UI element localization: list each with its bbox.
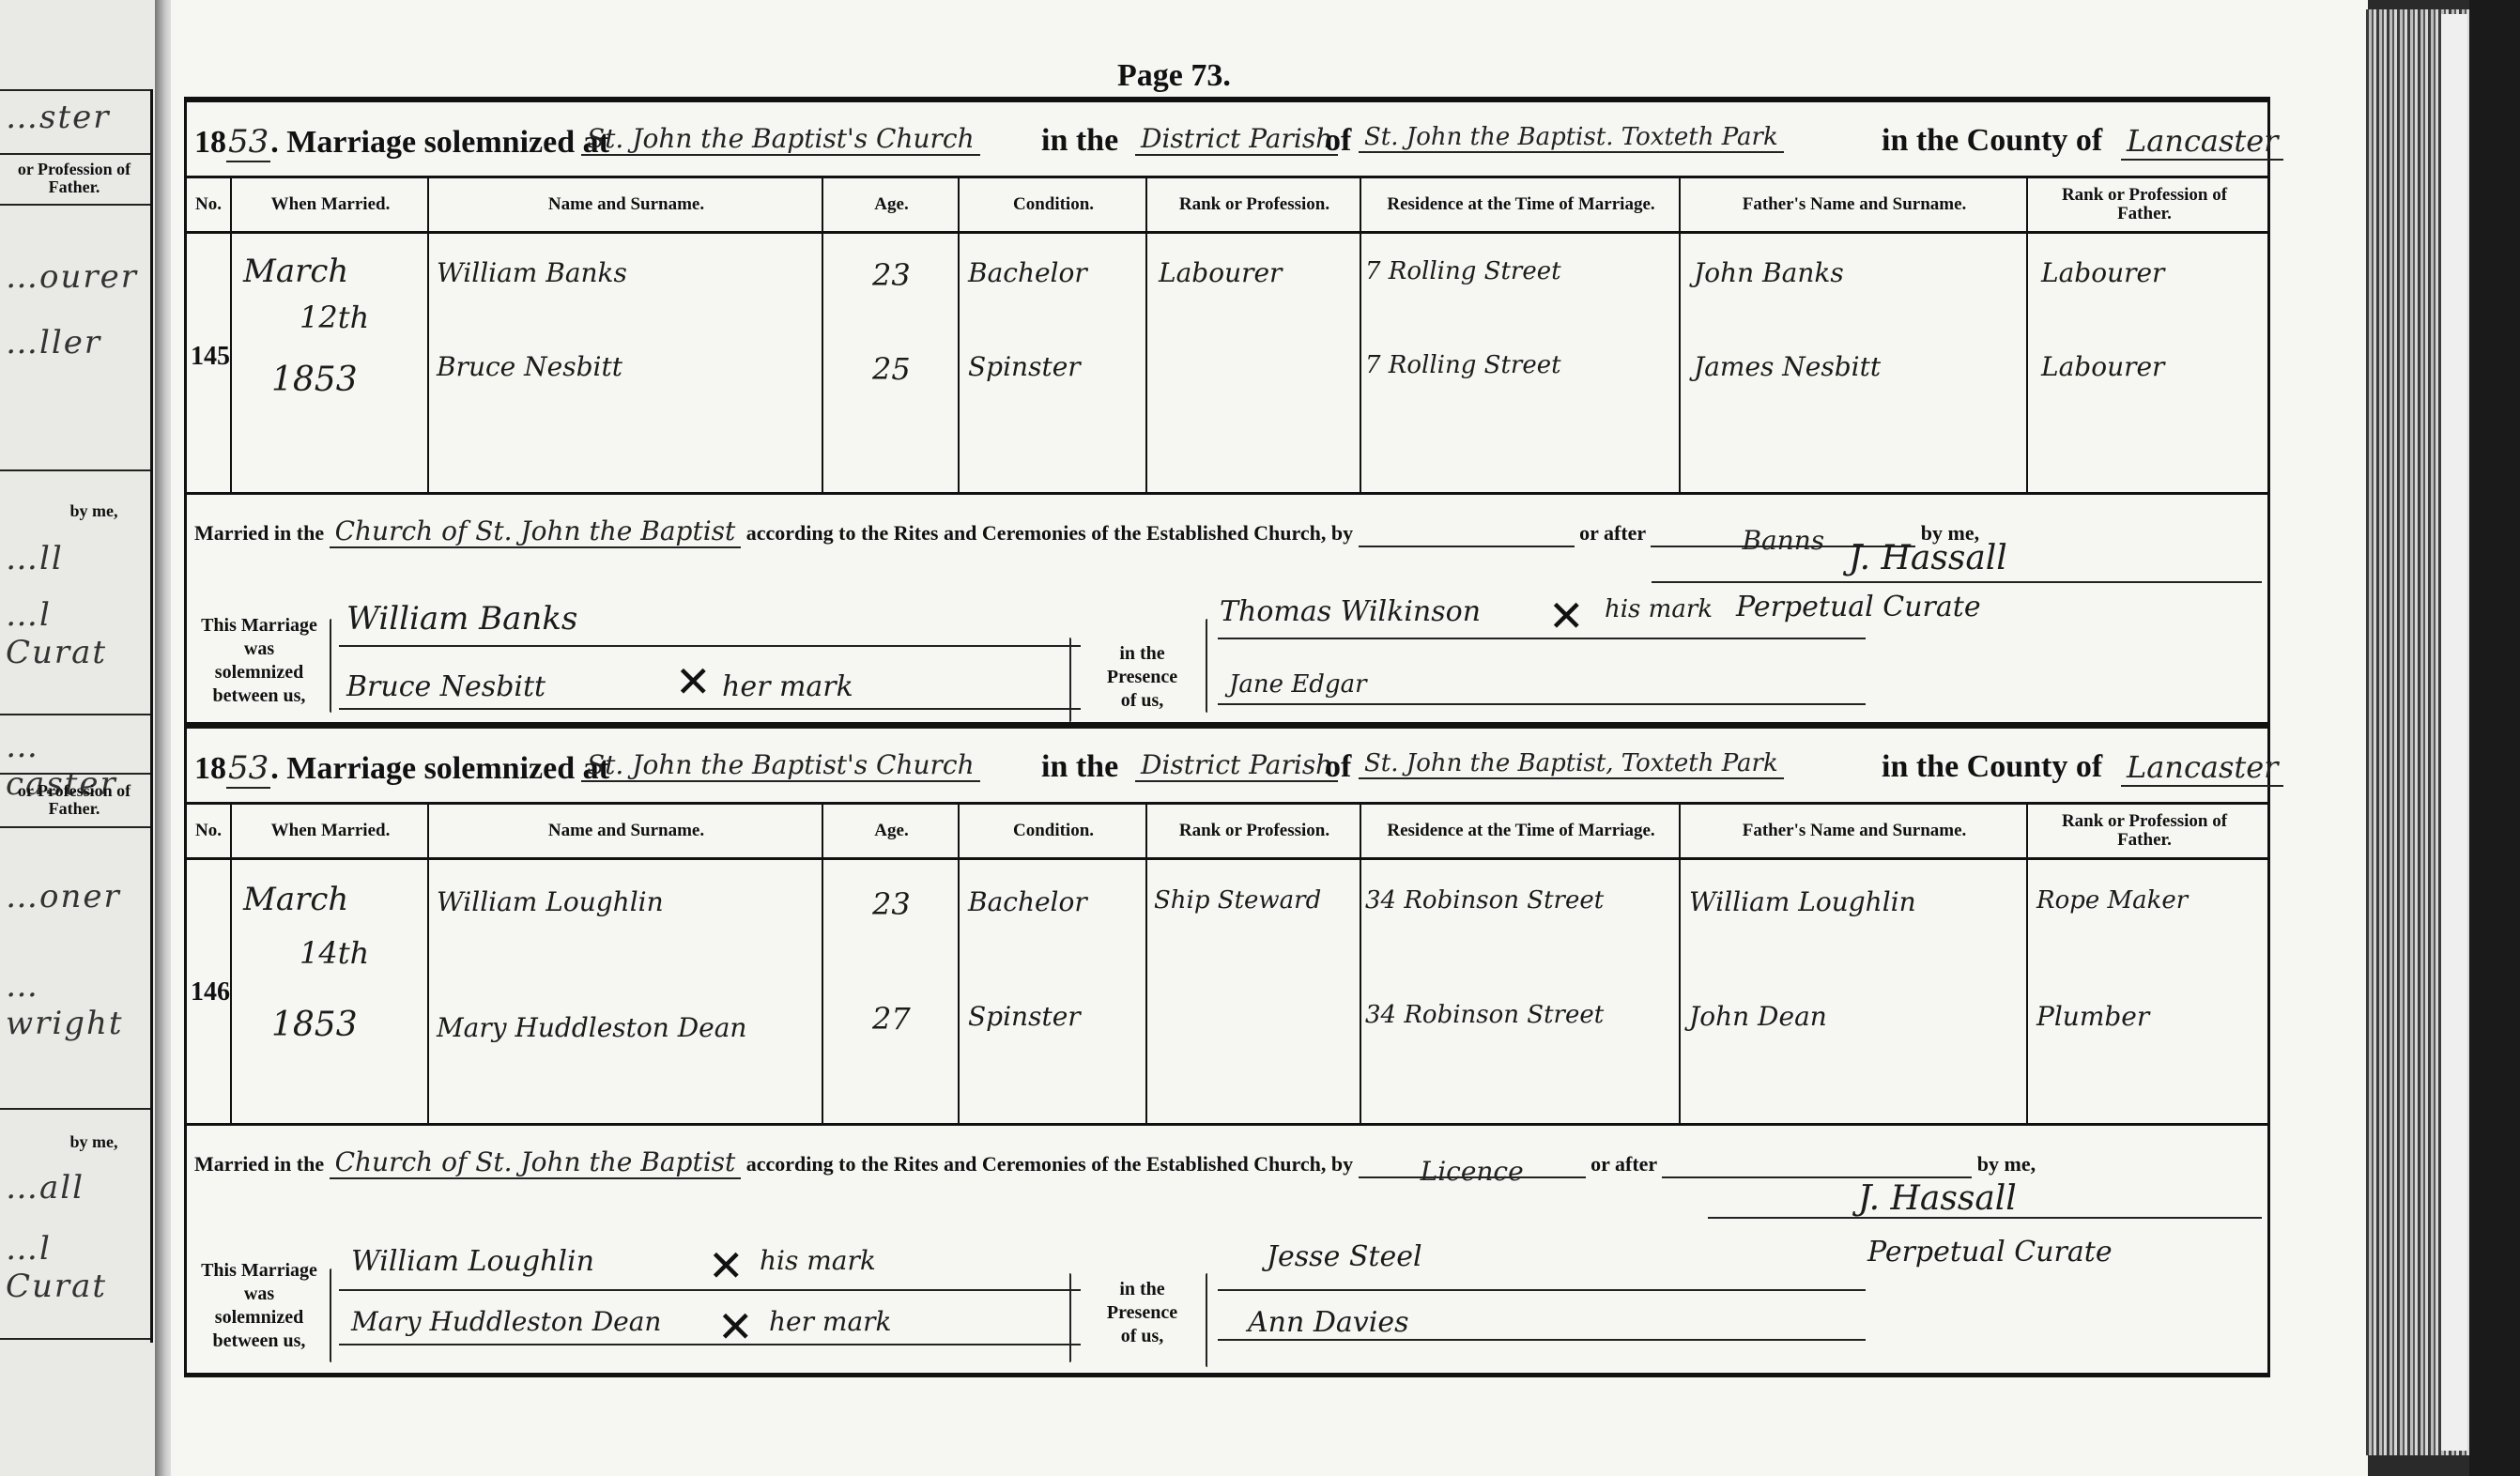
year-prefix: 18 [194, 125, 226, 160]
district-type: District Parish [1135, 749, 1338, 782]
groom-age: 23 [872, 257, 911, 293]
book-cover [2469, 0, 2520, 1476]
label-of: of [1325, 749, 1351, 785]
presence-label: in the Presence of us, [1088, 1278, 1196, 1348]
groom-signature: William Banks [346, 600, 577, 638]
marriage-entry-145: 1853. Marriage solemnized at St. John th… [184, 97, 2270, 725]
married-in-church: Church of St. John the Baptist [330, 515, 742, 548]
entry-body: 146 March 14th 1853 William Loughlin Mar… [187, 860, 2267, 1123]
bride-signature: Mary Huddleston Dean [351, 1306, 661, 1337]
col-condition: Condition. [958, 178, 1147, 231]
entry-body: 145 March 12th 1853 William Banks Bruce … [187, 234, 2267, 492]
date-day: 12th [300, 300, 369, 335]
groom-name: William Loughlin [437, 886, 664, 917]
label-county: in the County of [1882, 749, 2102, 785]
column-headers: No. When Married. Name and Surname. Age.… [187, 805, 2267, 860]
district-name: St. John the Baptist. Toxteth Park [1359, 123, 1784, 153]
groom-residence: 34 Robinson Street [1365, 886, 1604, 915]
col-father-profession: Rank or Profession of Father. [2026, 178, 2261, 231]
date-year: 1853 [271, 361, 358, 399]
left-handwriting: …all [6, 1169, 85, 1207]
bride-name: Mary Huddleston Dean [437, 1001, 775, 1055]
col-profession: Rank or Profession. [1145, 178, 1361, 231]
bride-residence: 34 Robinson Street [1365, 1001, 1604, 1029]
groom-mark-cross-icon: ✕ [708, 1240, 745, 1291]
groom-condition: Bachelor [968, 886, 1087, 917]
district-type: District Parish [1135, 123, 1338, 156]
label-of: of [1325, 123, 1351, 159]
groom-profession: Labourer [1159, 257, 1282, 288]
bride-father-name: John Dean [1689, 1001, 1827, 1032]
bride-condition: Spinster [968, 351, 1081, 382]
bride-name: Bruce Nesbitt [437, 351, 622, 382]
groom-profession: Ship Steward [1154, 886, 1321, 915]
label-county: in the County of [1882, 123, 2102, 159]
married-in-line: Married in the Church of St. John the Ba… [194, 1146, 2036, 1178]
marriage-entry-146: 1853. Marriage solemnized at St. John th… [184, 723, 2270, 1377]
col-no: No. [185, 178, 232, 231]
left-by-me: by me, [47, 502, 141, 520]
year-prefix: 18 [194, 751, 226, 786]
groom-name: William Banks [437, 257, 627, 288]
this-marriage-label: This Marriage was solemnized between us, [189, 1259, 330, 1353]
bride-mark-cross-icon: ✕ [675, 656, 712, 707]
groom-signature: William Loughlin [351, 1245, 594, 1278]
year-suffix: 53 [226, 749, 270, 789]
left-column-header: or Profession of Father. [4, 161, 145, 196]
married-in-line: Married in the Church of St. John the Ba… [194, 515, 1979, 547]
witness-1-mark-label: his mark [1605, 595, 1713, 623]
left-page-register-fragment: …ster or Profession of Father. …ourer …l… [0, 89, 153, 1343]
groom-father-name: John Banks [1694, 257, 1844, 288]
col-name: Name and Surname. [427, 178, 823, 231]
date-day: 14th [300, 935, 369, 971]
col-when-married: When Married. [230, 805, 429, 857]
label-solemnized-at: Marriage solemnized at [286, 751, 609, 786]
officiant-signature: J. Hassall [1858, 1179, 2017, 1218]
left-handwriting: …oner [6, 878, 121, 915]
presence-label: in the Presence of us, [1088, 642, 1196, 713]
column-headers: No. When Married. Name and Surname. Age.… [187, 178, 2267, 234]
left-column-header: or Profession of Father. [4, 782, 145, 818]
bride-condition: Spinster [968, 1001, 1081, 1032]
col-age: Age. [822, 805, 960, 857]
entry-number: 145 [191, 342, 230, 372]
officiant-title: Perpetual Curate [1736, 591, 1981, 623]
page-edge-highlight [2441, 14, 2467, 1451]
entry-heading: 1853. Marriage solemnized at St. John th… [187, 729, 2267, 805]
witness-1-signature: Jesse Steel [1267, 1240, 1422, 1273]
year-suffix: 53 [226, 123, 270, 162]
married-in-church: Church of St. John the Baptist [330, 1146, 742, 1179]
or-after-field [1662, 1156, 1972, 1178]
bride-signature: Bruce Nesbitt [346, 670, 545, 703]
officiant-title: Perpetual Curate [1867, 1236, 2113, 1268]
col-father-profession: Rank or Profession of Father. [2026, 805, 2261, 857]
left-handwriting: …ller [6, 324, 101, 361]
groom-age: 23 [872, 886, 911, 922]
witness-2-signature: Ann Davies [1248, 1306, 1408, 1339]
by-field [1359, 525, 1575, 547]
groom-father-profession: Labourer [2041, 257, 2164, 288]
page-number: Page 73. [1117, 58, 1231, 94]
bride-age: 25 [872, 351, 911, 387]
groom-father-name: William Loughlin [1689, 886, 1916, 917]
bride-age: 27 [872, 1001, 911, 1037]
left-handwriting: …ll [6, 540, 64, 577]
col-when-married: When Married. [230, 178, 429, 231]
groom-condition: Bachelor [968, 257, 1087, 288]
witness-1-signature: Thomas Wilkinson [1220, 595, 1481, 628]
left-facing-page: …ster or Profession of Father. …ourer …l… [0, 0, 169, 1476]
left-by-me: by me, [47, 1133, 141, 1151]
bride-father-profession: Labourer [2041, 351, 2164, 382]
left-handwriting: …l Curat [6, 596, 150, 671]
bride-father-name: James Nesbitt [1694, 351, 1881, 382]
col-residence: Residence at the Time of Marriage. [1360, 178, 1681, 231]
label-solemnized-at: Marriage solemnized at [286, 125, 609, 160]
col-condition: Condition. [958, 805, 1147, 857]
left-handwriting: …ourer [6, 258, 138, 296]
date-month: March [243, 881, 348, 918]
col-no: No. [185, 805, 232, 857]
witness-2-signature: Jane Edgar [1229, 670, 1367, 699]
col-residence: Residence at the Time of Marriage. [1360, 805, 1681, 857]
col-father-name: Father's Name and Surname. [1679, 805, 2028, 857]
entry-heading: 1853. Marriage solemnized at St. John th… [187, 102, 2267, 178]
county-name: Lancaster [2121, 749, 2283, 787]
entry-number: 146 [191, 977, 230, 1007]
officiant-signature: J. Hassall [1849, 539, 2007, 577]
this-marriage-label: This Marriage was solemnized between us, [189, 614, 330, 708]
col-name: Name and Surname. [427, 805, 823, 857]
groom-residence: 7 Rolling Street [1365, 257, 1561, 285]
date-month: March [243, 253, 348, 290]
col-father-name: Father's Name and Surname. [1679, 178, 2028, 231]
label-in-the: in the [1041, 123, 1118, 159]
witness-1-mark-cross-icon: ✕ [1548, 591, 1585, 641]
left-handwriting: …l Curat [6, 1230, 150, 1305]
bride-mark-label: her mark [769, 1306, 891, 1337]
groom-mark-label: his mark [760, 1245, 876, 1276]
church-name: St. John the Baptist's Church [581, 749, 980, 782]
date-year: 1853 [271, 1006, 358, 1044]
bride-mark-label: her mark [722, 670, 853, 703]
label-in-the: in the [1041, 749, 1118, 785]
groom-father-profession: Rope Maker [2036, 886, 2188, 915]
left-handwriting: …wright [6, 967, 150, 1042]
church-name: St. John the Baptist's Church [581, 123, 980, 156]
county-name: Lancaster [2121, 123, 2283, 161]
by-field: Licence [1359, 1156, 1586, 1178]
district-name: St. John the Baptist, Toxteth Park [1359, 749, 1784, 779]
bride-residence: 7 Rolling Street [1365, 351, 1561, 379]
bride-father-profession: Plumber [2036, 1001, 2149, 1032]
col-age: Age. [822, 178, 960, 231]
col-profession: Rank or Profession. [1145, 805, 1361, 857]
left-handwriting: …ster [6, 99, 111, 136]
